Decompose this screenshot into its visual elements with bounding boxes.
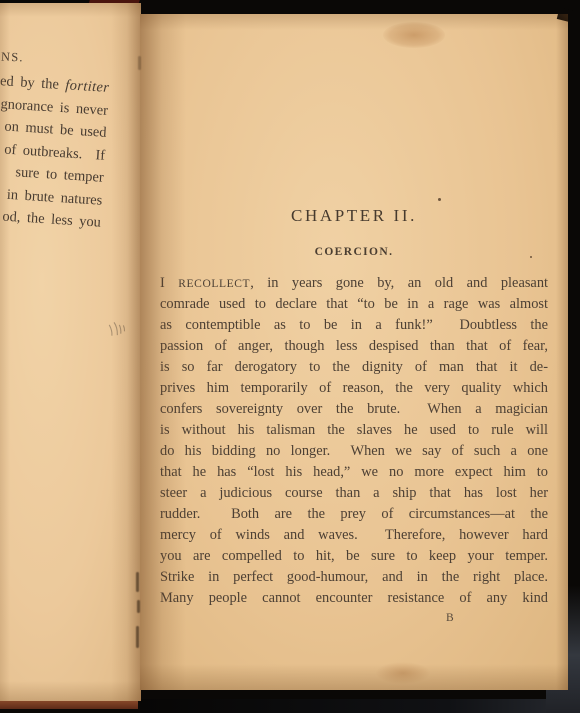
italic-word: fortiter	[65, 77, 110, 96]
text-line: confers sovereignty over the brute. When…	[160, 399, 548, 420]
left-page-text: ed by the fortitergnorance is neveron mu…	[0, 64, 110, 234]
smallcaps-word: RECOLLECT	[178, 278, 250, 290]
text-line: prives him temporarily of reason, the ve…	[160, 378, 548, 399]
text-line: do his bidding no longer. When we say of…	[160, 441, 548, 462]
text-line: mercy of winds and waves. Therefore, how…	[160, 525, 548, 546]
book-photo: NS. ed by the fortitergnorance is nevero…	[0, 0, 580, 713]
cover-edge-bottom	[0, 700, 138, 709]
table-surface-strip	[140, 699, 580, 713]
text-line: that he has “lost his head,” we no more …	[160, 462, 548, 483]
pencil-smudge-mark	[105, 317, 132, 346]
signature-mark: B	[446, 612, 454, 624]
gutter-crease-mark	[136, 572, 139, 592]
left-page: NS. ed by the fortitergnorance is nevero…	[0, 3, 141, 701]
text-line: you are compelled to hit, be sure to kee…	[160, 546, 548, 567]
running-header-fragment: NS.	[1, 50, 24, 66]
body-text: I RECOLLECT, in years gone by, an old an…	[160, 273, 548, 609]
right-page: CHAPTER II. COERCION. I RECOLLECT, in ye…	[140, 14, 568, 690]
page-corner-notch	[557, 7, 575, 23]
text-line: Strike in perfect good-humour, and in th…	[160, 567, 548, 588]
text-line: rudder. Both are the prey of circumstanc…	[160, 504, 548, 525]
text-line: comrade used to declare that “to be in a…	[160, 294, 548, 315]
text-line: is so far derogatory to the dignity of m…	[160, 357, 548, 378]
text-line: is without his talisman the slaves he us…	[160, 420, 548, 441]
text-line: steer a judicious course than a ship tha…	[160, 483, 548, 504]
text-line: as contemptible as to be in a funk!” Dou…	[160, 315, 548, 336]
gutter-crease-mark	[136, 626, 139, 648]
page-text-block: CHAPTER II. COERCION. I RECOLLECT, in ye…	[160, 14, 548, 690]
chapter-heading: CHAPTER II.	[160, 206, 548, 226]
text-line: I RECOLLECT, in years gone by, an old an…	[160, 273, 548, 294]
text-line: Many people cannot encounter resistance …	[160, 588, 548, 609]
gutter-crease-mark	[138, 56, 141, 70]
section-heading: COERCION.	[160, 246, 548, 258]
text-line: passion of anger, though less despised t…	[160, 336, 548, 357]
gutter-crease-mark	[137, 600, 140, 613]
